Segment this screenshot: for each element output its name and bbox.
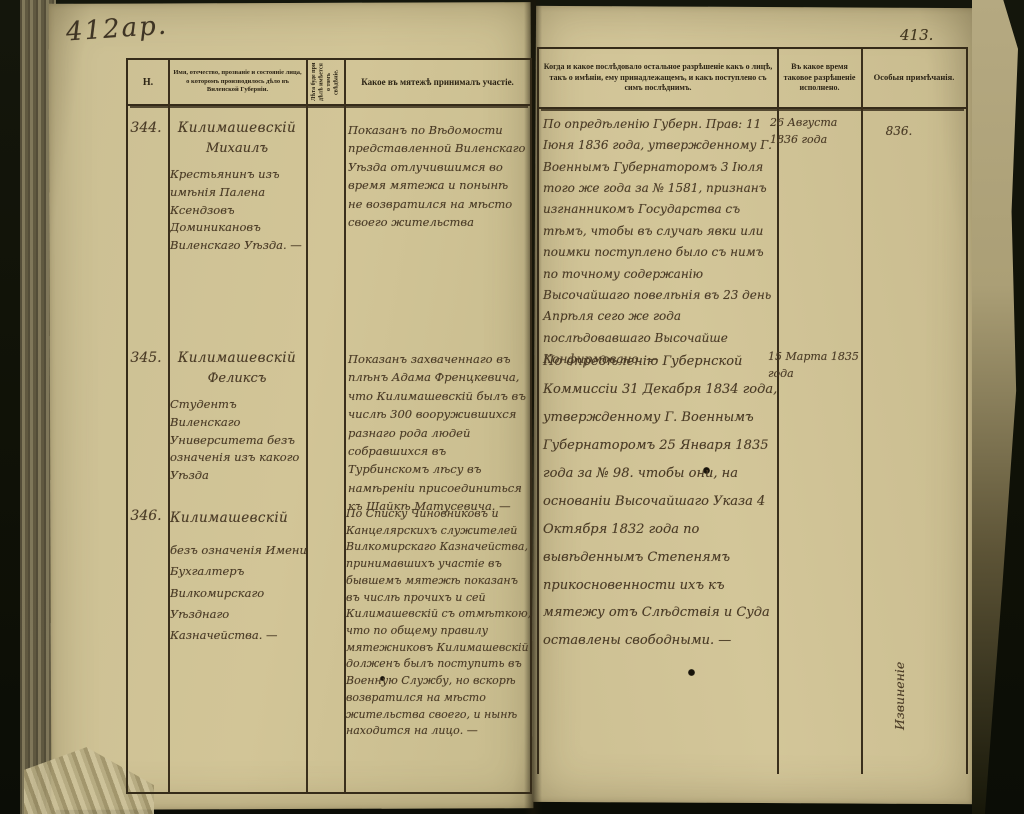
entry-344-given-name: Михаилъ xyxy=(170,141,304,156)
entry-346-surname: Килимашевскій xyxy=(170,510,310,526)
entry-344-special-note: 836. xyxy=(868,124,930,138)
entry-345-number: 345. xyxy=(128,350,164,366)
header-age-column-label: Лѣта буде при дѣлѣ имѣется о томъ свѣдѣн… xyxy=(311,62,341,102)
entry-346-name: Килимашевскій безъ означенія Имени Бухга… xyxy=(170,510,310,646)
header-participation-column: Какое въ мятежѣ принималъ участіе. xyxy=(344,60,530,104)
entry-344-resolution: По опредѣленію Губерн. Прав: 11 Іюня 183… xyxy=(543,114,775,370)
entry-345-participation: Показанъ захваченнаго въ плѣнъ Адама Фре… xyxy=(348,350,528,516)
entry-345-executed-date: 15 Марта 1835 года xyxy=(768,348,860,382)
entry-344-surname: Килимашевскій xyxy=(170,120,304,136)
entry-344-name: Килимашевскій Михаилъ Крестьянинъ изъ им… xyxy=(170,120,304,255)
column-rule xyxy=(306,60,308,792)
header-number-column: Н. xyxy=(128,60,168,104)
entry-345-description: Студентъ Виленскаго Университета безъ оз… xyxy=(170,396,304,485)
entry-344-participation: Показанъ по Вѣдомости представленной Вил… xyxy=(348,121,526,231)
entry-344-executed-date: 26 Августа 1836 года xyxy=(770,114,858,148)
entry-346-participation: По Списку Чиновниковъ и Канцелярскихъ сл… xyxy=(346,506,532,740)
header-age-column: Лѣта буде при дѣлѣ имѣется о томъ свѣдѣн… xyxy=(306,60,344,104)
header-name-column: Имя, отечество, прозваніе и состояніе ли… xyxy=(168,60,306,104)
margin-note-vertical: Извиненіе xyxy=(892,662,907,730)
right-table-header-row: Когда и какое послѣдовало остальное разр… xyxy=(539,49,966,109)
entry-346-number: 346. xyxy=(128,508,164,524)
entry-345-given-name: Феликсъ xyxy=(170,371,304,386)
header-notes-column: Особыя примѣчанія. xyxy=(861,49,966,107)
entry-344-number: 344. xyxy=(128,120,164,136)
entry-344-description: Крестьянинъ изъ имѣнія Палена Ксендзовъ … xyxy=(170,166,304,255)
scanned-register-spread: 412ар. 413. Н. Имя, отечество, прозваніе… xyxy=(0,0,1024,814)
left-table-header-row: Н. Имя, отечество, прозваніе и состояніе… xyxy=(128,60,530,106)
header-resolution-column: Когда и какое послѣдовало остальное разр… xyxy=(539,49,777,107)
right-torn-page-edge xyxy=(972,0,1018,814)
header-executed-column: Въ какое время таковое разрѣшеніе исполн… xyxy=(777,49,861,107)
entry-345-resolution: По опредѣленію Губернской Коммиссіи 31 Д… xyxy=(543,348,781,655)
entry-345-name: Килимашевскій Феликсъ Студентъ Виленскаг… xyxy=(170,350,304,485)
folio-number-right: 413. xyxy=(900,26,933,44)
entry-346-description: безъ означенія Имени Бухгалтеръ Вилкомир… xyxy=(170,540,310,646)
column-rule xyxy=(861,49,863,774)
entry-345-surname: Килимашевскій xyxy=(170,350,304,366)
